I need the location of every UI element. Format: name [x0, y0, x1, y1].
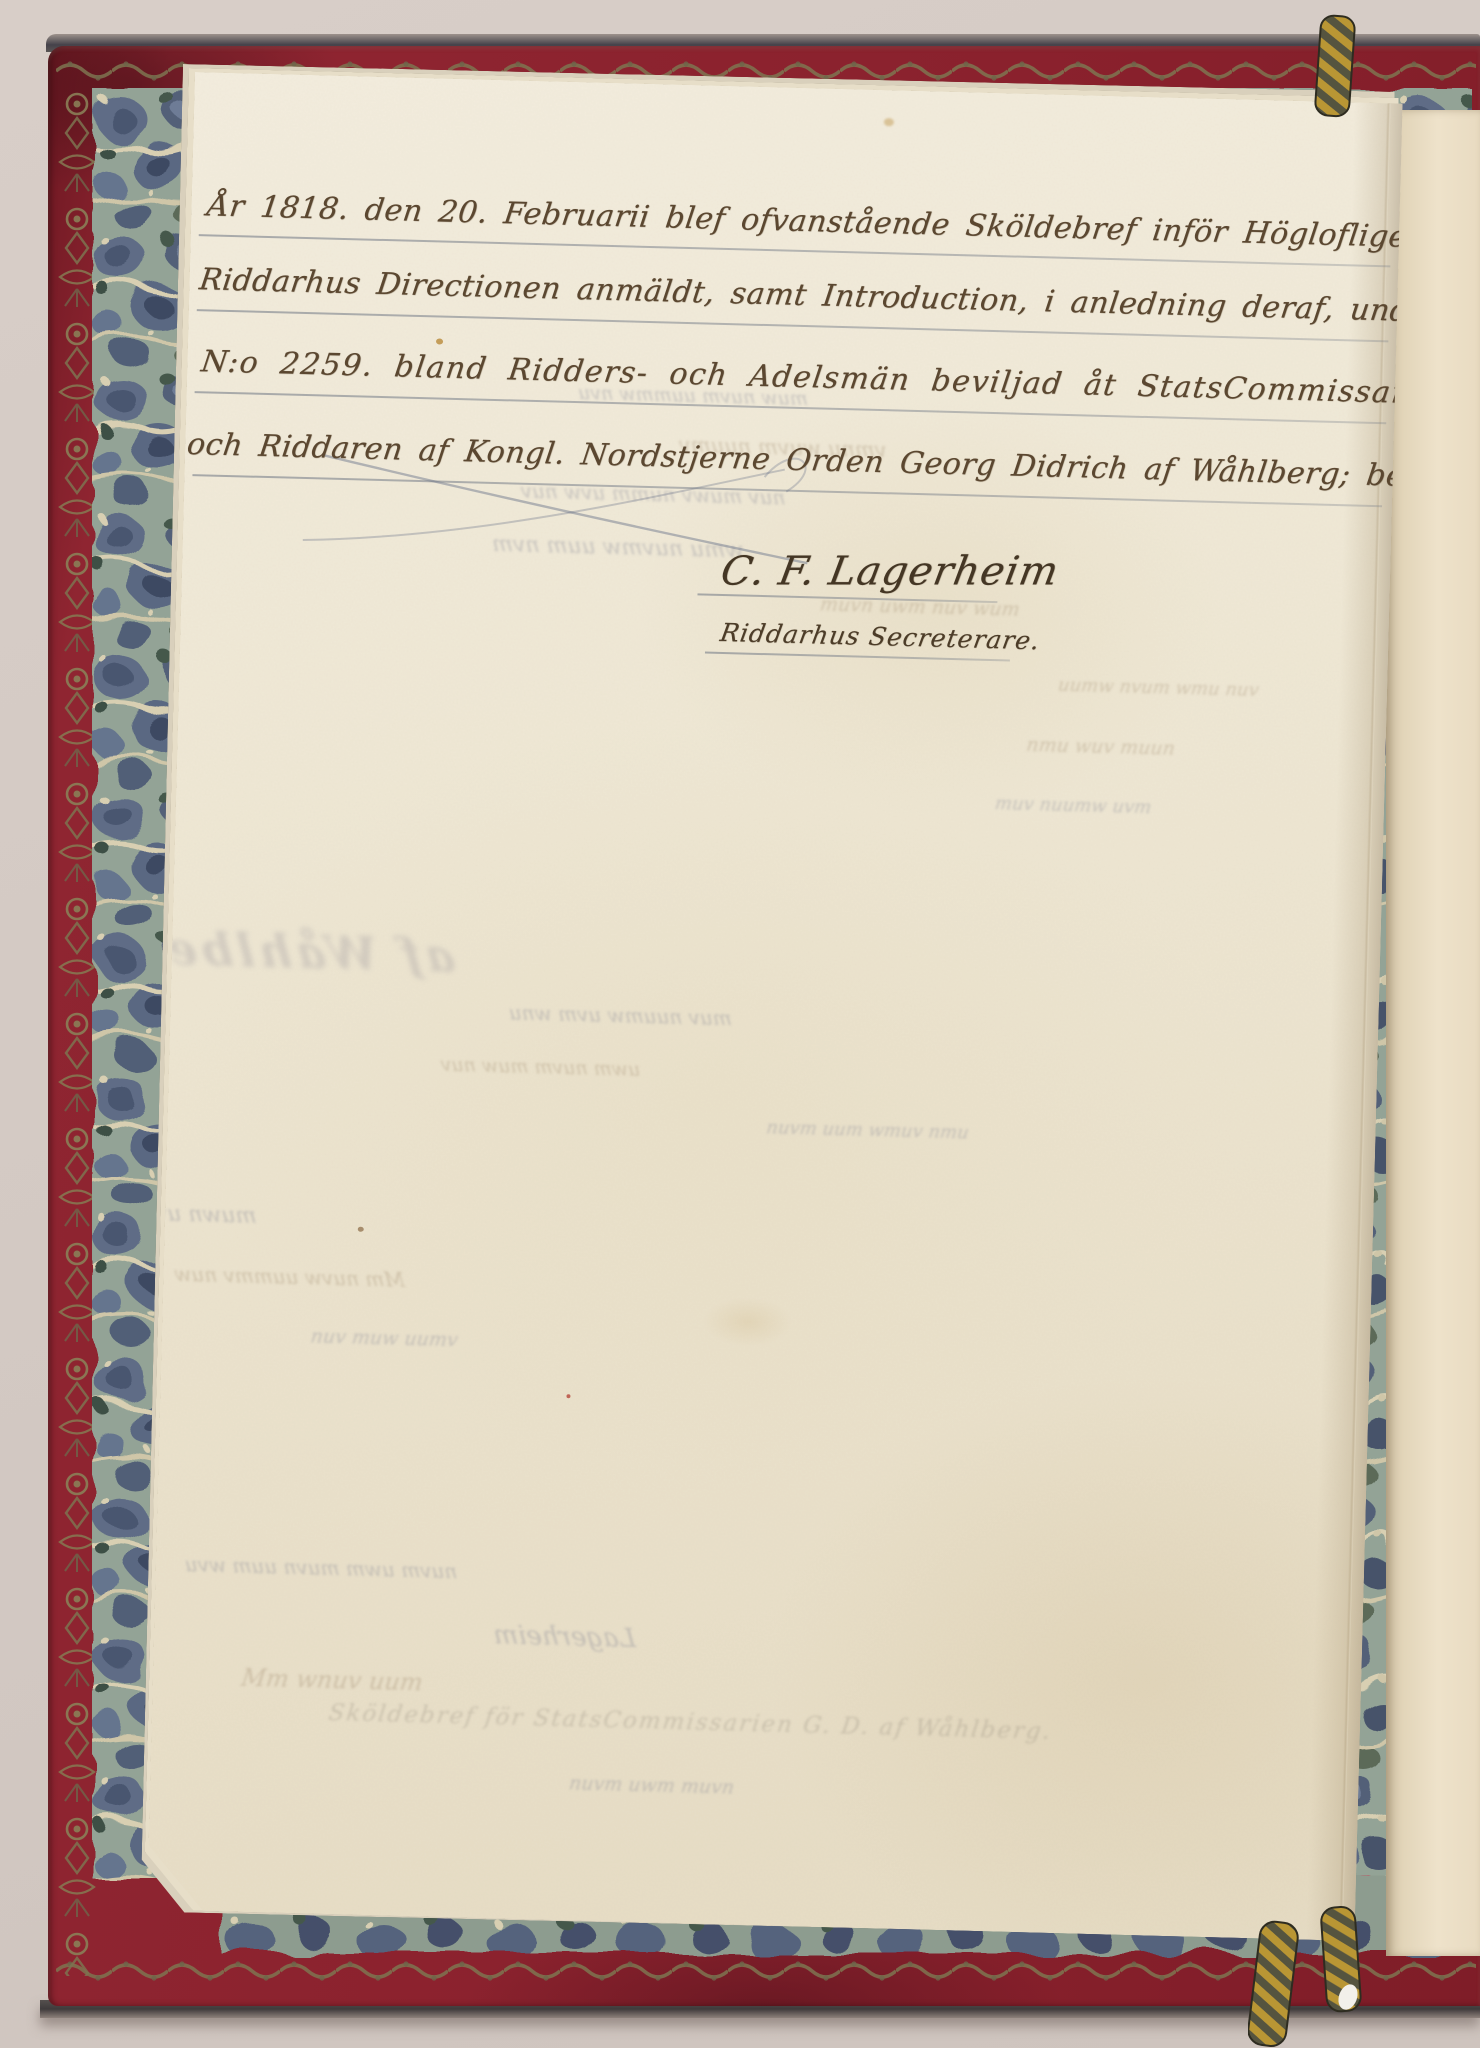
- scanned-book-page-photo: { "scan": { "background_color": "#d4cac4…: [0, 0, 1480, 2048]
- ink-speck: [436, 338, 443, 344]
- faint-stain: [702, 1296, 793, 1348]
- bleed-through-line: uwm nuvm muw nuv: [440, 1054, 641, 1081]
- bleed-through-line: muv nuumw uvm wnu: [508, 1001, 733, 1031]
- bleed-through-line: Mm wnuv uum: [240, 1664, 425, 1697]
- bleed-through-line: muv nuumw uvm: [994, 793, 1153, 818]
- bleed-through-line: nuvm uwm muvn: [568, 1772, 736, 1798]
- entry-line-1: År 1818. den 20. Februarii blef ofvanstå…: [205, 188, 1409, 254]
- signature-title: Riddarhus Secreterare.: [718, 618, 1042, 655]
- bleed-through-line: Mm nuvw uummv nuw: [173, 1262, 405, 1292]
- endband-top: [1312, 14, 1360, 118]
- facing-page-edge: [1386, 110, 1480, 1956]
- bleed-through-line: nuvm uum wmuv nmu: [765, 1117, 970, 1143]
- bleed-through-signature: Lagerheim: [492, 1620, 637, 1654]
- tie-cord-left: [1248, 1920, 1300, 2048]
- signature: C. F. Lagerheim: [717, 548, 1062, 594]
- bleed-through-line: uumw nvum wmu nuv: [1057, 675, 1260, 701]
- register-page: muw nuvm uummw nvu vmnu wuvm nuumv nuv m…: [147, 72, 1403, 1941]
- tie-cord-right: [1318, 1905, 1368, 2015]
- stain: [884, 118, 894, 126]
- bleed-through-line: nuv muw uumv: [309, 1325, 459, 1351]
- entry-line-2: Riddarhus Directionen anmäldt, samt Intr…: [197, 262, 1445, 329]
- speck: [358, 1227, 364, 1232]
- red-speck: [566, 1394, 570, 1398]
- entry-line-3: N:o 2259. bland Ridders- och Adelsmän be…: [199, 344, 1461, 412]
- bleed-through-line: nmu wuv muun: [1025, 734, 1176, 760]
- bleed-through-caption: Sköldebref för StatsCommissarien G. D. a…: [327, 1700, 1054, 1745]
- bleed-through-line: nuvm uwm muvn uum wvu: [184, 1552, 458, 1583]
